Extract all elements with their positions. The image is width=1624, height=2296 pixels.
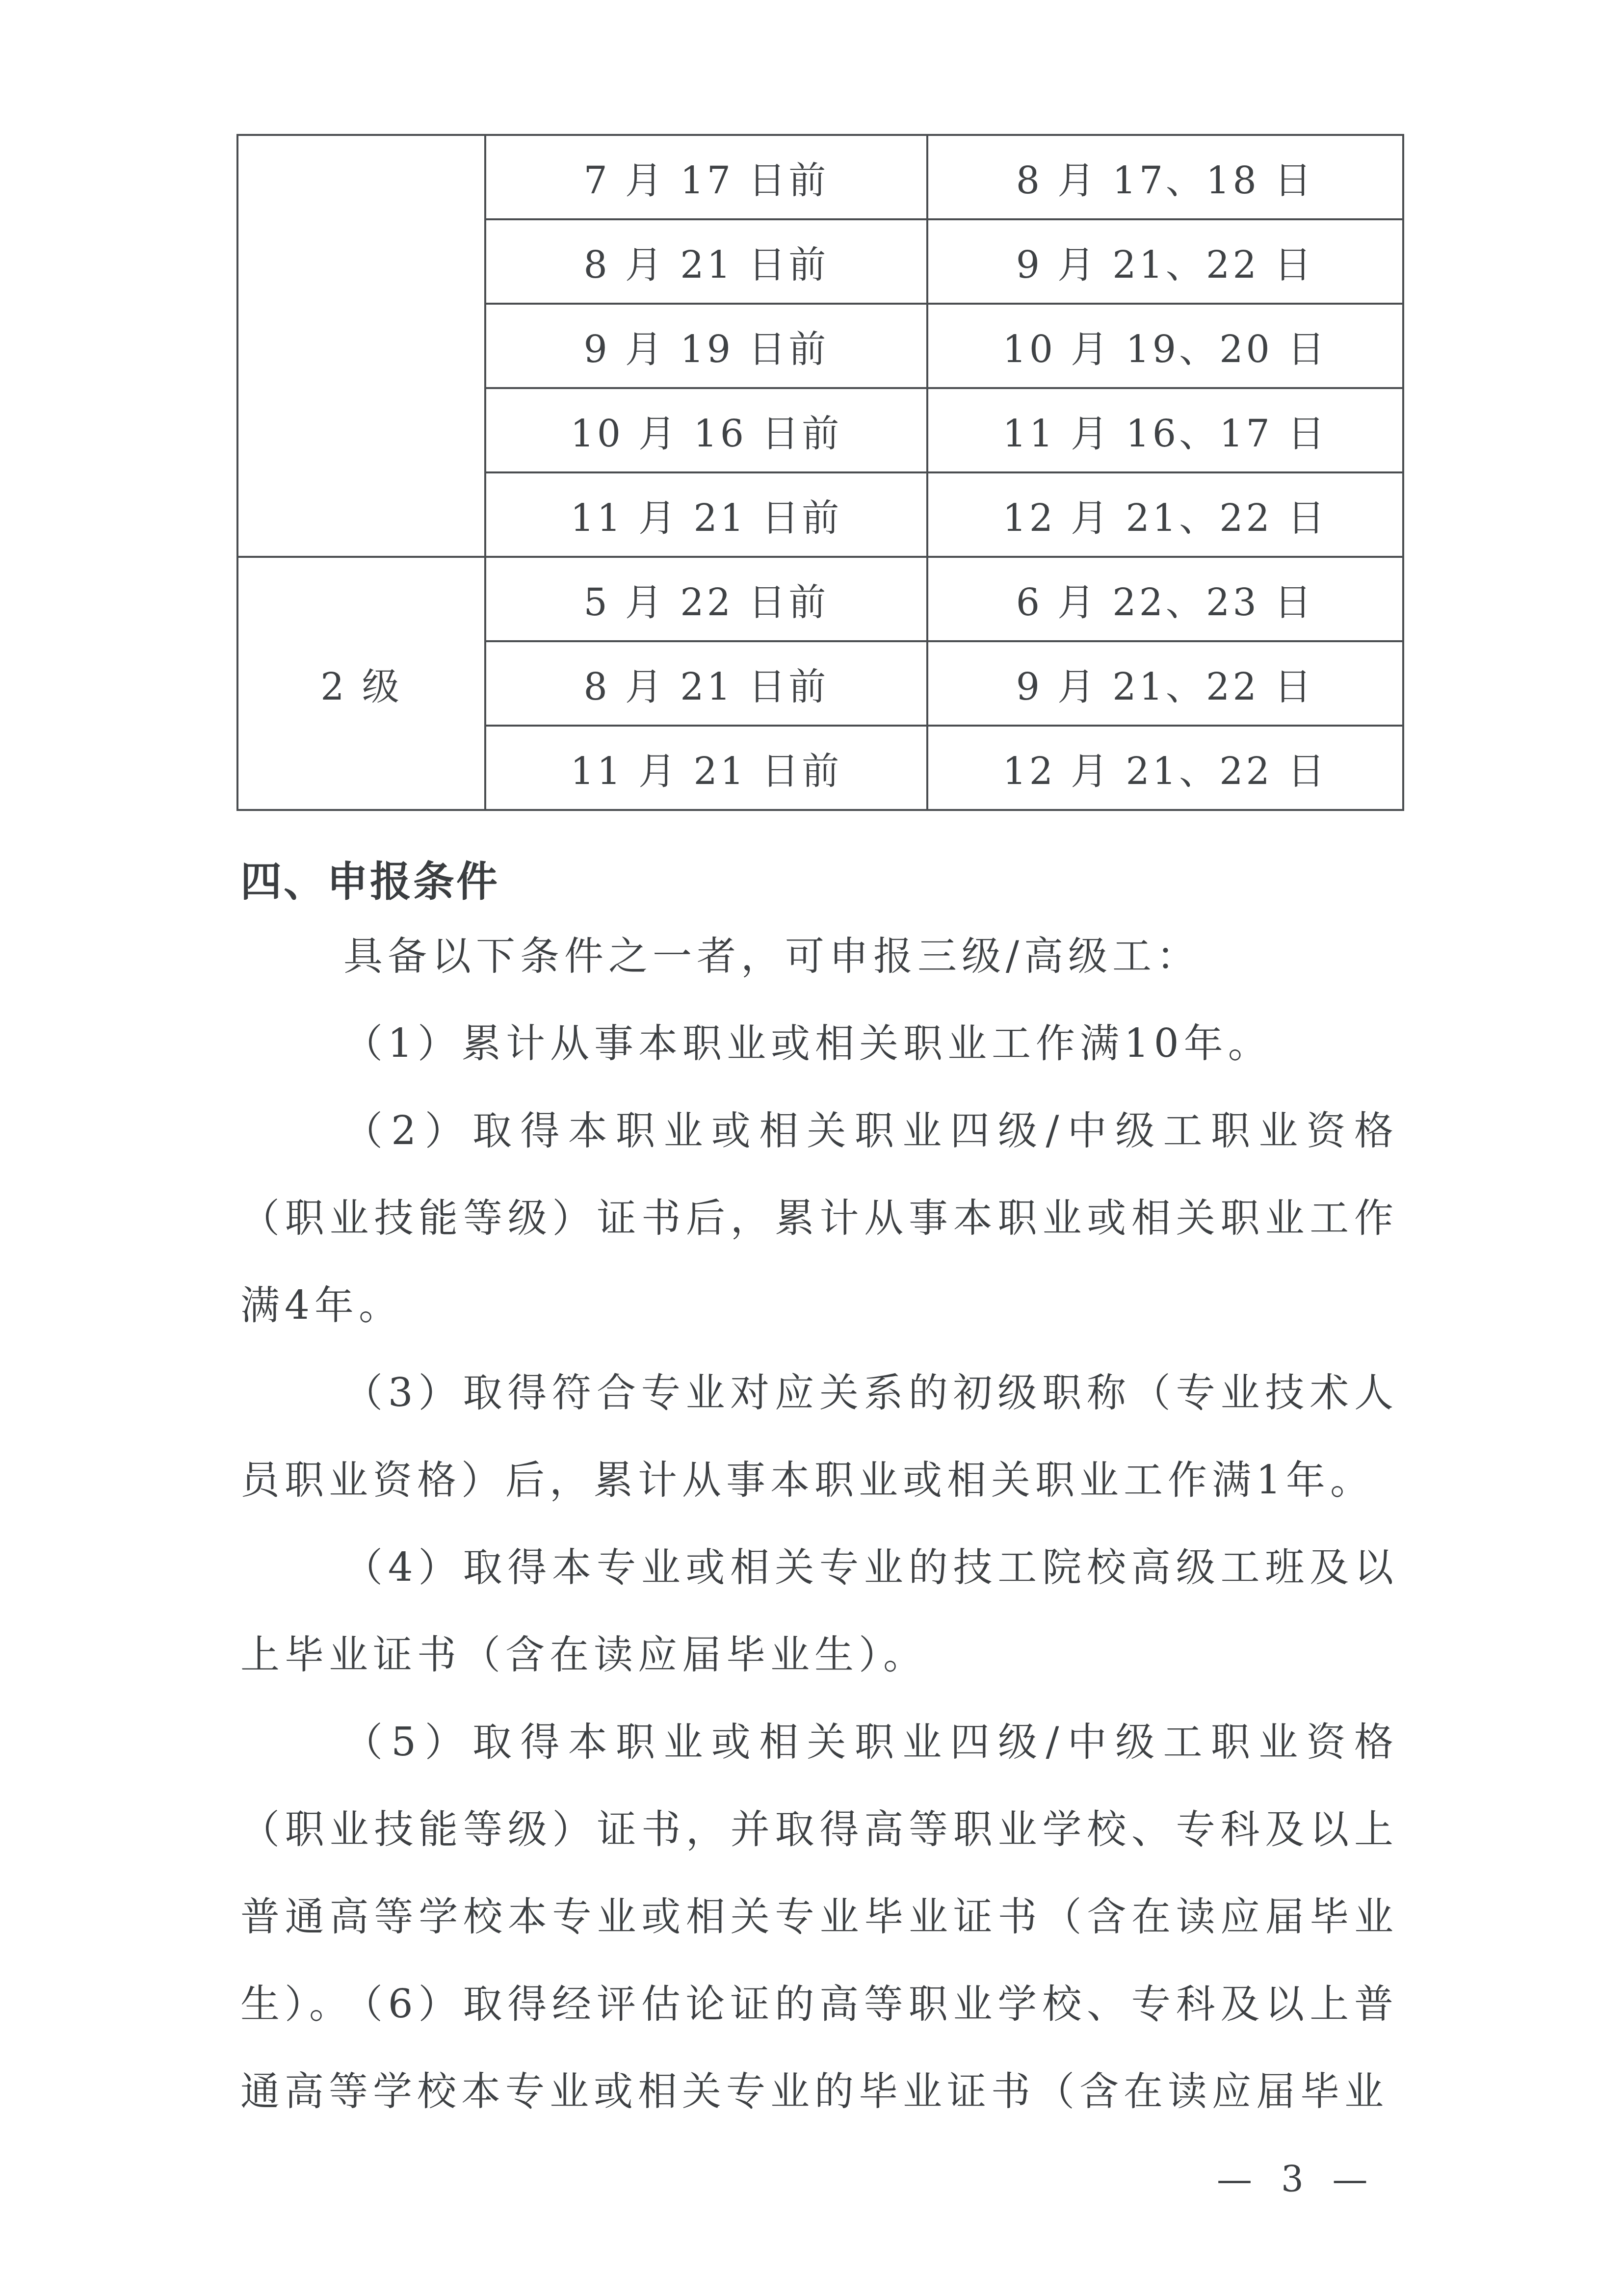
exam-date-cell: 9 月 21、22 日	[927, 219, 1403, 304]
deadline-cell: 11 月 21 日前	[485, 472, 927, 557]
deadline-cell: 9 月 19 日前	[485, 304, 927, 388]
exam-date-cell: 12 月 21、22 日	[927, 726, 1403, 810]
deadline-cell: 10 月 16 日前	[485, 388, 927, 472]
level-cell	[237, 135, 485, 557]
deadline-cell: 8 月 21 日前	[485, 641, 927, 726]
table-row: 7 月 17 日前 8 月 17、18 日	[237, 135, 1403, 219]
exam-date-cell: 11 月 16、17 日	[927, 388, 1403, 472]
condition-item-3: （3）取得符合专业对应关系的初级职称（专业技术人员职业资格）后，累计从事本职业或…	[240, 1349, 1398, 1524]
exam-date-cell: 6 月 22、23 日	[927, 557, 1403, 641]
deadline-cell: 5 月 22 日前	[485, 557, 927, 641]
exam-date-cell: 8 月 17、18 日	[927, 135, 1403, 219]
section-intro: 具备以下条件之一者，可申报三级/高级工：	[240, 913, 1398, 1000]
condition-item-1: （1）累计从事本职业或相关职业工作满10年。	[240, 1000, 1398, 1087]
exam-date-cell: 12 月 21、22 日	[927, 472, 1403, 557]
exam-date-cell: 10 月 19、20 日	[927, 304, 1403, 388]
exam-schedule-table: 7 月 17 日前 8 月 17、18 日 8 月 21 日前 9 月 21、2…	[236, 134, 1404, 811]
condition-item-2: （2）取得本职业或相关职业四级/中级工职业资格（职业技能等级）证书后，累计从事本…	[240, 1087, 1398, 1349]
deadline-cell: 8 月 21 日前	[485, 219, 927, 304]
deadline-cell: 11 月 21 日前	[485, 726, 927, 810]
condition-item-4: （4）取得本专业或相关专业的技工院校高级工班及以上毕业证书（含在读应届毕业生）。	[240, 1524, 1398, 1698]
table-row: 2 级 5 月 22 日前 6 月 22、23 日	[237, 557, 1403, 641]
exam-date-cell: 9 月 21、22 日	[927, 641, 1403, 726]
condition-item-6: （6）取得经评估论证的高等职业学校、专科及以上普通高等学校本专业或相关专业的毕业…	[240, 1960, 1398, 2135]
document-page: 7 月 17 日前 8 月 17、18 日 8 月 21 日前 9 月 21、2…	[0, 0, 1624, 2296]
section-heading: 四、申报条件	[240, 849, 499, 908]
level-cell: 2 级	[237, 557, 485, 810]
deadline-cell: 7 月 17 日前	[485, 135, 927, 219]
page-number: — 3 —	[1217, 2159, 1377, 2200]
